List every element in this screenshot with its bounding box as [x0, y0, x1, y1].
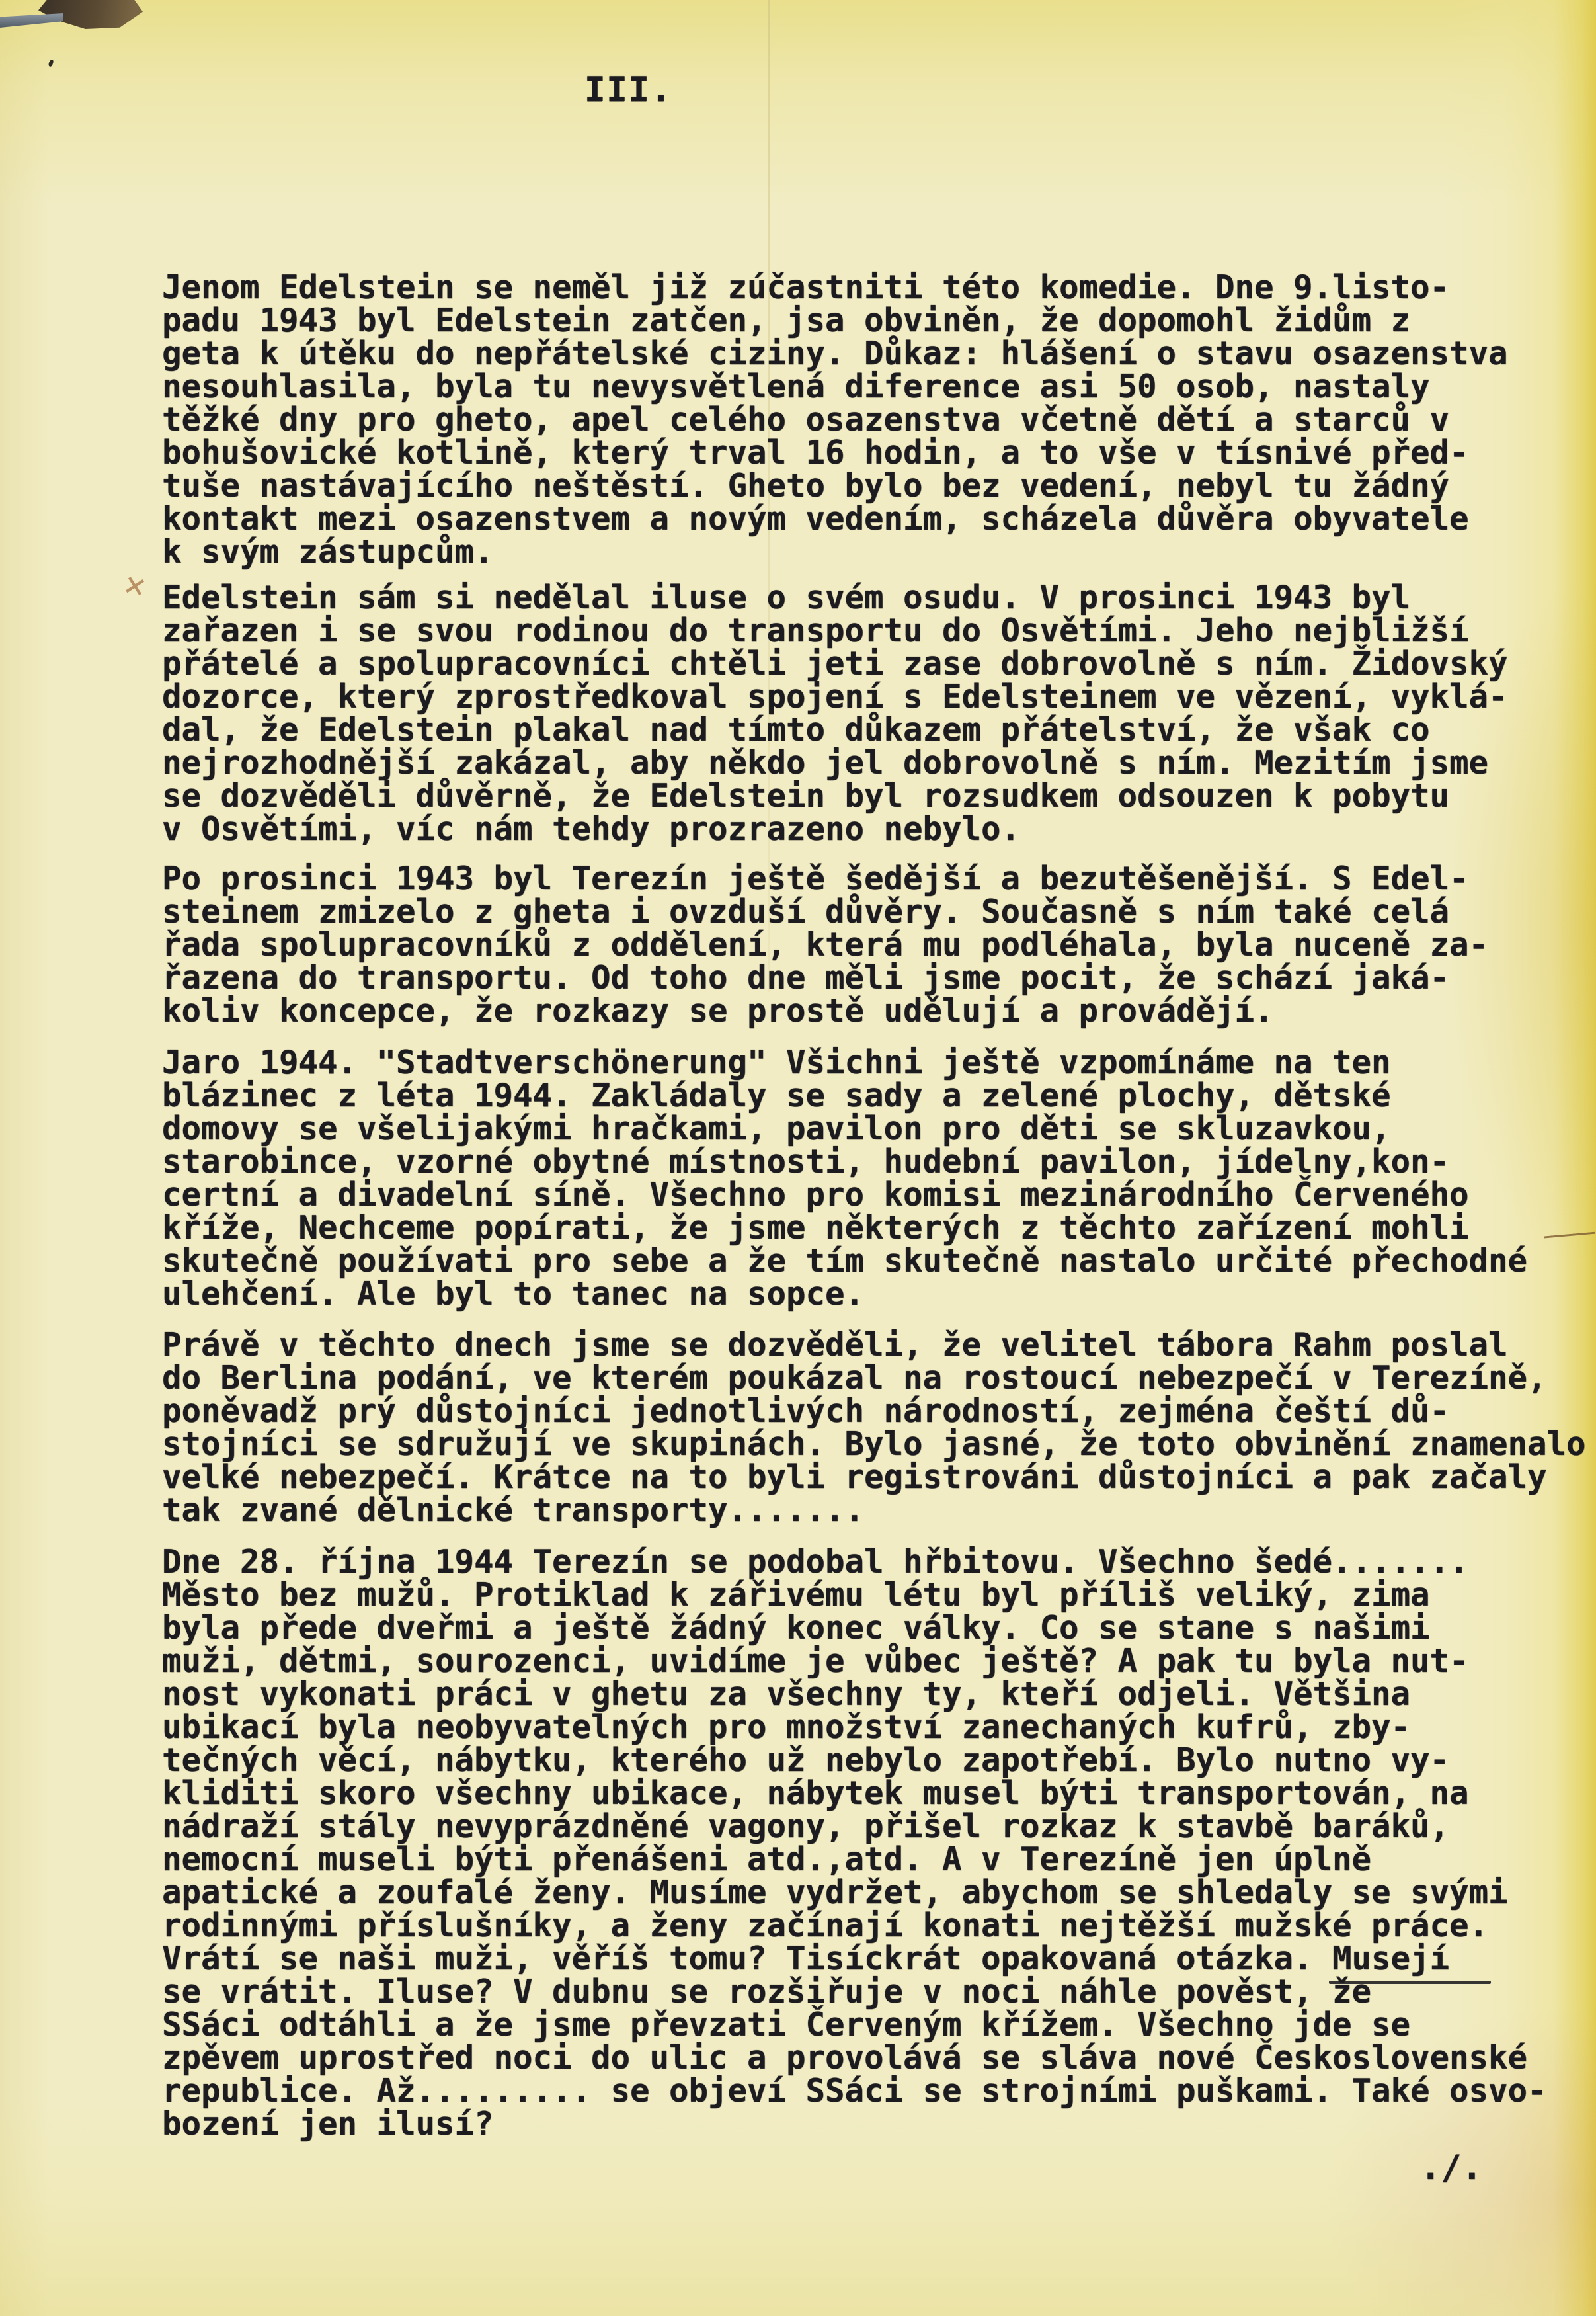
end-of-page-mark: ./. — [1420, 2151, 1482, 2185]
paragraph-4: Jaro 1944. "Stadtverschönerung" Všichni … — [162, 1046, 1527, 1311]
section-heading: III. — [584, 73, 672, 107]
staple-shadow-artifact — [0, 13, 63, 28]
paragraph-5: Právě v těchto dnech jsme se dozvěděli, … — [162, 1329, 1586, 1527]
ink-speck-artifact — [48, 59, 54, 67]
handwritten-x-margin-mark: × — [121, 565, 149, 605]
paragraph-6: Dne 28. října 1944 Terezín se podobal hř… — [162, 1546, 1547, 2141]
paragraph-2: Edelstein sám si nedělal iluse o svém os… — [162, 581, 1508, 846]
scanned-typewritten-page: × III. Jenom Edelstein se neměl již zúča… — [0, 0, 1596, 2316]
paragraph-1: Jenom Edelstein se neměl již zúčastniti … — [162, 271, 1508, 569]
paper-crease-mark — [1544, 1232, 1596, 1255]
underline-mark — [1329, 1981, 1491, 1984]
paragraph-3: Po prosinci 1943 byl Terezín ještě šeděj… — [162, 862, 1488, 1028]
